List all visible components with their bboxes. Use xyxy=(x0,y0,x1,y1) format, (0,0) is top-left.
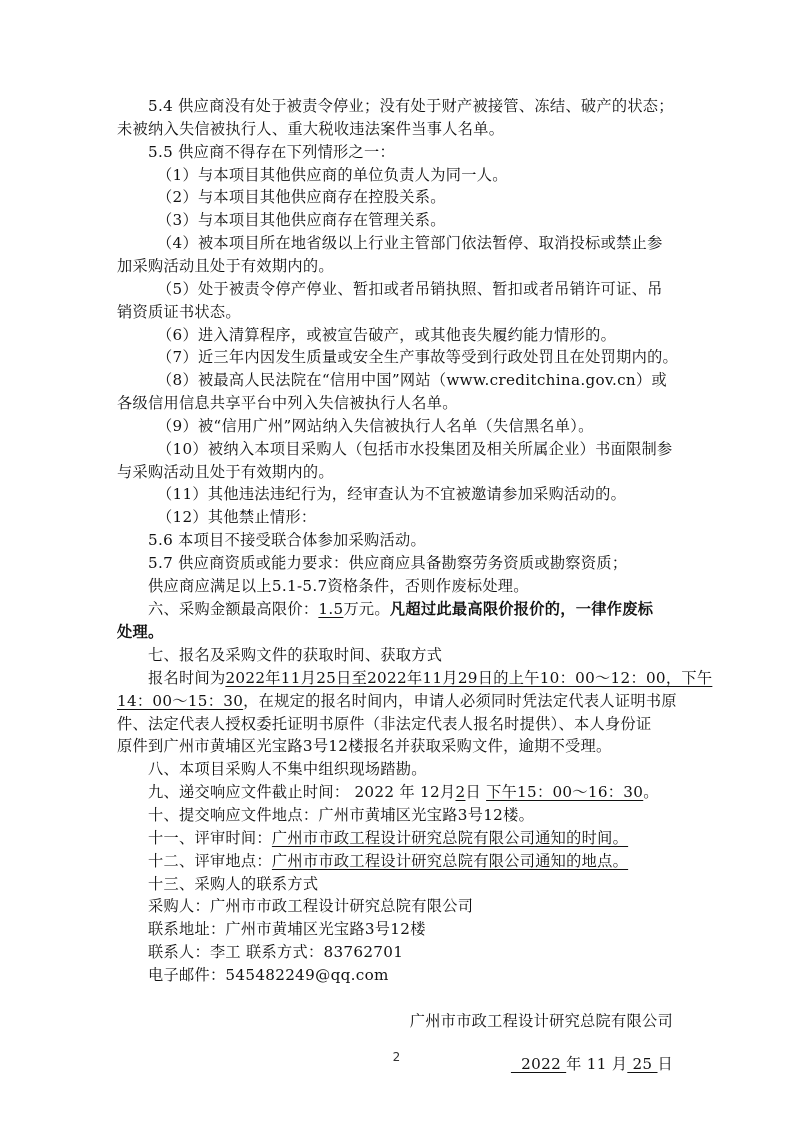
clause-5-6: 5.6 本项目不接受联合体参加采购活动。 xyxy=(148,530,426,550)
item-8-line-2: 各级信用信息共享平台中列入失信被执行人名单。 xyxy=(117,393,458,413)
item-4-line-1: （4）被本项目所在地省级以上行业主管部门依法暂停、取消投标或禁止参 xyxy=(157,233,663,253)
section-10: 十、提交响应文件地点：广州市黄埔区光宝路3号12楼。 xyxy=(148,805,534,825)
price-unit: 万元。 xyxy=(343,600,389,618)
section-8: 八、本项目采购人不集中组织现场踏勘。 xyxy=(148,759,427,779)
deadline-end: 。 xyxy=(643,783,659,801)
price-limit-line-2: 处理。 xyxy=(117,622,163,642)
item-8-line-1: （8）被最高人民法院在“信用中国”网站（www.creditchina.gov.… xyxy=(157,370,667,390)
purchaser-name: 采购人：广州市市政工程设计研究总院有限公司 xyxy=(148,896,473,916)
item-6: （6）进入清算程序，或被宣告破产，或其他丧失履约能力情形的。 xyxy=(157,325,616,345)
review-place-label: 十二、评审地点： xyxy=(148,852,272,870)
item-3: （3）与本项目其他供应商存在管理关系。 xyxy=(157,210,446,230)
item-4-line-2: 加采购活动且处于有效期内的。 xyxy=(117,256,334,276)
review-time-value: 广州市市政工程设计研究总院有限公司通知的时间。 xyxy=(272,829,628,847)
deadline-time: 下午15：00～16：30 xyxy=(486,783,643,801)
price-amount: 1.5 xyxy=(318,600,343,618)
item-9: （9）被“信用广州”网站纳入失信被执行人名单（失信黑名单）。 xyxy=(157,416,594,436)
item-10-line-1: （10）被纳入本项目采购人（包括市水投集团及相关所属企业）书面限制参 xyxy=(157,439,673,459)
clause-5-4-line-2: 未被纳入失信被执行人、重大税收违法案件当事人名单。 xyxy=(117,119,504,139)
price-prefix: 六、采购金额最高限价： xyxy=(148,600,318,618)
section-9: 九、递交响应文件截止时间： 2022 年 12月2日 下午15：00～16：30… xyxy=(148,782,659,802)
deadline-mid: 日 xyxy=(465,783,486,801)
clause-5-4-line-1: 5.4 供应商没有处于被责令停业；没有处于财产被接管、冻结、破产的状态； xyxy=(148,96,674,116)
section-7-line-4: 原件到广州市黄埔区光宝路3号12楼报名并获取采购文件，逾期不受理。 xyxy=(117,736,612,756)
item-5-line-1: （5）处于被责令停产停业、暂扣或者吊销执照、暂扣或者吊销许可证、吊 xyxy=(157,279,663,299)
item-11: （11）其他违法违纪行为，经审查认为不宜被邀请参加采购活动的。 xyxy=(157,484,626,504)
section-11: 十一、评审时间：广州市市政工程设计研究总院有限公司通知的时间。 xyxy=(148,828,628,848)
section-12: 十二、评审地点：广州市市政工程设计研究总院有限公司通知的地点。 xyxy=(148,851,628,871)
section-13-title: 十三、采购人的联系方式 xyxy=(148,874,318,894)
registration-prefix: 报名时间为 xyxy=(148,669,225,687)
document-page: 5.4 供应商没有处于被责令停业；没有处于财产被接管、冻结、破产的状态； 未被纳… xyxy=(0,0,793,1122)
item-7: （7）近三年内因发生质量或安全生产事故等受到行政处罚且在处罚期内的。 xyxy=(157,347,678,367)
review-place-value: 广州市市政工程设计研究总院有限公司通知的地点。 xyxy=(272,852,628,870)
review-time-label: 十一、评审时间： xyxy=(148,829,272,847)
price-limit-line-1: 六、采购金额最高限价：1.5万元。凡超过此最高限价报价的，一律作废标 xyxy=(148,599,653,619)
section-7-title: 七、报名及采购文件的获取时间、获取方式 xyxy=(148,645,442,665)
item-1: （1）与本项目其他供应商的单位负责人为同一人。 xyxy=(157,165,508,185)
registration-requirements: ，在规定的报名时间内，申请人必须同时凭法定代表人证明书原 xyxy=(243,692,677,710)
deadline-prefix: 九、递交响应文件截止时间： 2022 年 12月 xyxy=(148,783,455,801)
purchaser-email: 电子邮件：545482249@qq.com xyxy=(148,965,389,985)
qualification-note: 供应商应满足以上5.1-5.7资格条件，否则作废标处理。 xyxy=(148,576,529,596)
registration-afternoon: 14：00～15：30 xyxy=(117,692,243,710)
price-warning: 凡超过此最高限价报价的，一律作废标 xyxy=(390,600,653,618)
section-7-line-1: 报名时间为2022年11月25日至2022年11月29日的上午10：00～12：… xyxy=(148,668,712,688)
purchaser-address: 联系地址：广州市黄埔区光宝路3号12楼 xyxy=(148,919,426,939)
registration-period: 2022年11月25日至2022年11月29日的上午10：00～12：00，下午 xyxy=(225,669,712,687)
signature-company: 广州市市政工程设计研究总院有限公司 xyxy=(410,1011,673,1031)
item-2: （2）与本项目其他供应商存在控股关系。 xyxy=(157,187,446,207)
signature-date: 2022 年 11 月 25 日 xyxy=(490,1034,673,1094)
section-7-line-3: 件、法定代表人授权委托证明书原件（非法定代表人报名时提供）、本人身份证 xyxy=(117,714,651,734)
deadline-day: 2 xyxy=(455,783,465,801)
section-7-line-2: 14：00～15：30，在规定的报名时间内，申请人必须同时凭法定代表人证明书原 xyxy=(117,691,677,711)
page-number: 2 xyxy=(0,1050,793,1064)
purchaser-contact: 联系人：李工 联系方式：83762701 xyxy=(148,942,403,962)
item-10-line-2: 与采购活动且处于有效期内的。 xyxy=(117,462,334,482)
clause-5-7: 5.7 供应商资质或能力要求：供应商应具备勘察劳务资质或勘察资质； xyxy=(148,553,627,573)
clause-5-5: 5.5 供应商不得存在下列情形之一： xyxy=(148,142,395,162)
item-12: （12）其他禁止情形： xyxy=(157,507,316,527)
item-5-line-2: 销资质证书状态。 xyxy=(117,302,241,322)
